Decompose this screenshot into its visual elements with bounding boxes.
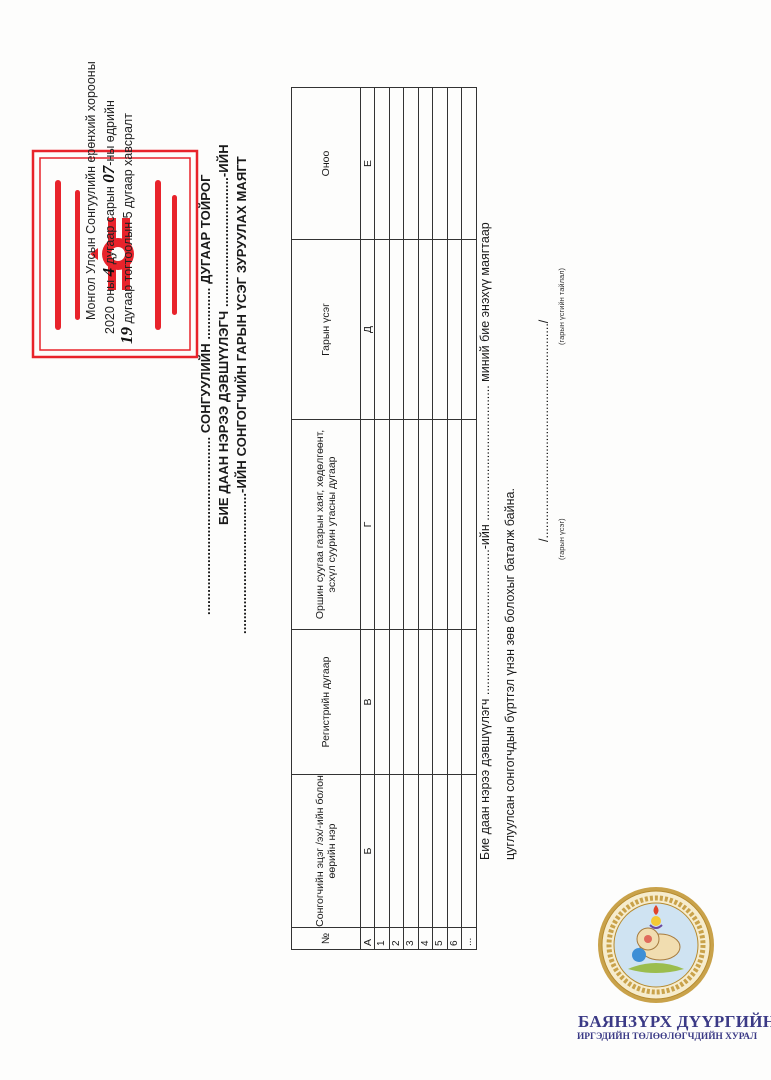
col-header-signature: Гарын үсэг <box>292 240 361 420</box>
table-row: 5 <box>433 88 448 950</box>
handwritten-day: 07 <box>99 166 118 183</box>
table-cell[interactable] <box>418 240 433 420</box>
table-cell[interactable] <box>418 630 433 775</box>
table-cell[interactable] <box>418 775 433 928</box>
title-line2: БИЕ ДААН НЭРЭЭ ДЭВШҮҮЛЭГЧ ..............… <box>216 144 231 525</box>
row-number: 5 <box>433 928 448 950</box>
table-cell[interactable] <box>433 420 448 630</box>
table-cell[interactable] <box>433 775 448 928</box>
col-header-score: Оноо <box>292 88 361 240</box>
table-cell[interactable] <box>389 420 404 630</box>
handwritten-resolution-number: 19 <box>117 327 136 344</box>
table-row: 2 <box>389 88 404 950</box>
table-cell[interactable] <box>389 240 404 420</box>
table-cell[interactable] <box>433 88 448 240</box>
col-header-address-phone: Оршин суугаа газрын хаяг, хөдөлгөөнт, эс… <box>292 420 361 630</box>
certification-line1: Бие даан нэрээ дэвшүүлэгч ..............… <box>478 222 492 860</box>
row-number: 2 <box>389 928 404 950</box>
title-line1: ........................................… <box>198 174 213 615</box>
table-cell[interactable] <box>462 240 477 420</box>
table-row: 4 <box>418 88 433 950</box>
table-cell[interactable] <box>433 240 448 420</box>
row-number: 3 <box>404 928 419 950</box>
row-number: ... <box>462 928 477 950</box>
certification-line2: цуглуулсан сонгогчдын бүртгэл үнэн зөв б… <box>503 488 517 860</box>
voter-signature-table: № Сонгогчийн эцэг /эх/-ийн болон өөрийн … <box>291 87 477 950</box>
annex-header-line3: 19 дугаар тогтоолын 5 дугаар хавсралт <box>119 113 136 344</box>
signature-caption: (гарын үсэг) <box>557 518 566 560</box>
annex-header-line1: Монгол Улсын Сонгуулийн ерөнхий хорооны <box>84 61 99 320</box>
table-cell[interactable] <box>433 630 448 775</box>
table-cell[interactable] <box>375 420 390 630</box>
table-row: 6 <box>447 88 462 950</box>
signature-decipher-caption: (гарын үсгийн тайлал) <box>557 268 566 345</box>
row-number: 1 <box>375 928 390 950</box>
table-row: ... <box>462 88 477 950</box>
table-cell[interactable] <box>404 630 419 775</box>
table-cell[interactable] <box>447 420 462 630</box>
row-number: 6 <box>447 928 462 950</box>
annex-header: Монгол Улсын Сонгуулийн ерөнхий хорооны <box>84 61 99 320</box>
col-header-register: Регистрийн дугаар <box>292 630 361 775</box>
table-cell[interactable] <box>375 240 390 420</box>
logo-title: БАЯНЗҮРХ ДҮҮРГИЙН <box>578 1012 771 1032</box>
table-cell[interactable] <box>447 88 462 240</box>
logo-subtitle: ИРГЭДИЙН ТӨЛӨӨЛӨГЧДИЙН ХУРАЛ <box>577 1032 757 1042</box>
table-cell[interactable] <box>375 88 390 240</box>
table-cell[interactable] <box>404 420 419 630</box>
table-cell[interactable] <box>389 775 404 928</box>
table-cell[interactable] <box>418 88 433 240</box>
table-cell[interactable] <box>447 775 462 928</box>
table-cell[interactable] <box>462 420 477 630</box>
table-cell[interactable] <box>404 775 419 928</box>
table-cell[interactable] <box>404 240 419 420</box>
table-cell[interactable] <box>389 630 404 775</box>
title-line3: ......................................-И… <box>234 156 249 634</box>
table-cell[interactable] <box>404 88 419 240</box>
row-number: 4 <box>418 928 433 950</box>
column-letter-row: А Б В Г Д Е <box>361 88 375 950</box>
signature-decipher-field[interactable]: /.......................................… <box>537 320 551 542</box>
table-cell[interactable] <box>375 775 390 928</box>
table-row: 1 <box>375 88 390 950</box>
table-cell[interactable] <box>447 240 462 420</box>
handwritten-month: 4 <box>99 268 118 277</box>
table-row: 3 <box>404 88 419 950</box>
table-cell[interactable] <box>462 88 477 240</box>
col-header-name: Сонгогчийн эцэг /эх/-ийн болон өөрийн нэ… <box>292 775 361 928</box>
table-cell[interactable] <box>462 775 477 928</box>
table-cell[interactable] <box>462 630 477 775</box>
annex-header-line2: 2020 оны 4 дугаар сарын 07-ны өдрийн <box>101 100 118 334</box>
bayanzurkh-district-emblem-icon <box>596 885 716 1005</box>
table-cell[interactable] <box>418 420 433 630</box>
table-cell[interactable] <box>389 88 404 240</box>
table-cell[interactable] <box>447 630 462 775</box>
table-cell[interactable] <box>375 630 390 775</box>
col-header-number: № <box>292 928 361 950</box>
